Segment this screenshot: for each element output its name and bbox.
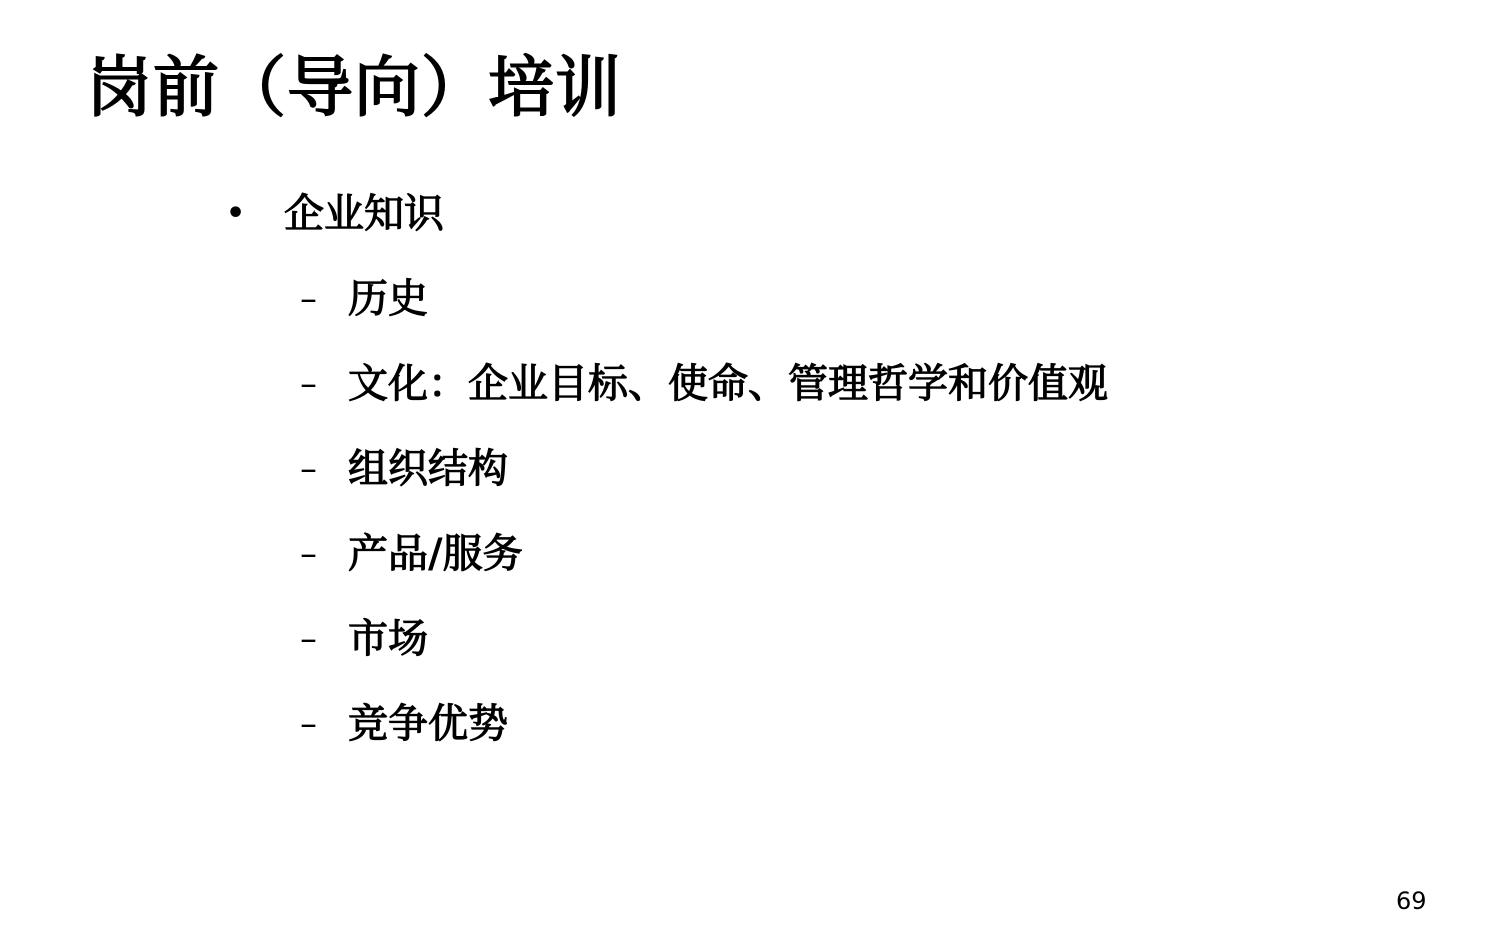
bullet-text: 企业知识 [284, 188, 444, 240]
dash-icon: – [300, 698, 348, 750]
dash-icon: – [300, 613, 348, 665]
page-number: 69 [1396, 886, 1427, 916]
bullet-item: • 企业知识 [226, 188, 444, 240]
sub-item-organization: – 组织结构 [300, 443, 508, 495]
dash-icon: – [300, 273, 348, 325]
sub-item-products: – 产品/服务 [300, 528, 523, 580]
slide: 岗前（导向）培训 • 企业知识 – 历史 – 文化：企业目标、使命、管理哲学和价… [0, 0, 1500, 937]
sub-item-text: 历史 [348, 273, 428, 325]
sub-item-culture: – 文化：企业目标、使命、管理哲学和价值观 [300, 358, 1108, 410]
bullet-dot-icon: • [226, 188, 284, 240]
sub-item-text: 产品/服务 [348, 528, 523, 580]
sub-item-text: 竞争优势 [348, 698, 508, 750]
sub-item-competitive-advantage: – 竞争优势 [300, 698, 508, 750]
sub-item-history: – 历史 [300, 273, 428, 325]
sub-item-text: 市场 [348, 613, 428, 665]
sub-item-text: 文化：企业目标、使命、管理哲学和价值观 [348, 358, 1108, 410]
dash-icon: – [300, 358, 348, 410]
slide-title: 岗前（导向）培训 [86, 48, 622, 128]
sub-item-market: – 市场 [300, 613, 428, 665]
dash-icon: – [300, 443, 348, 495]
sub-item-text: 组织结构 [348, 443, 508, 495]
dash-icon: – [300, 528, 348, 580]
